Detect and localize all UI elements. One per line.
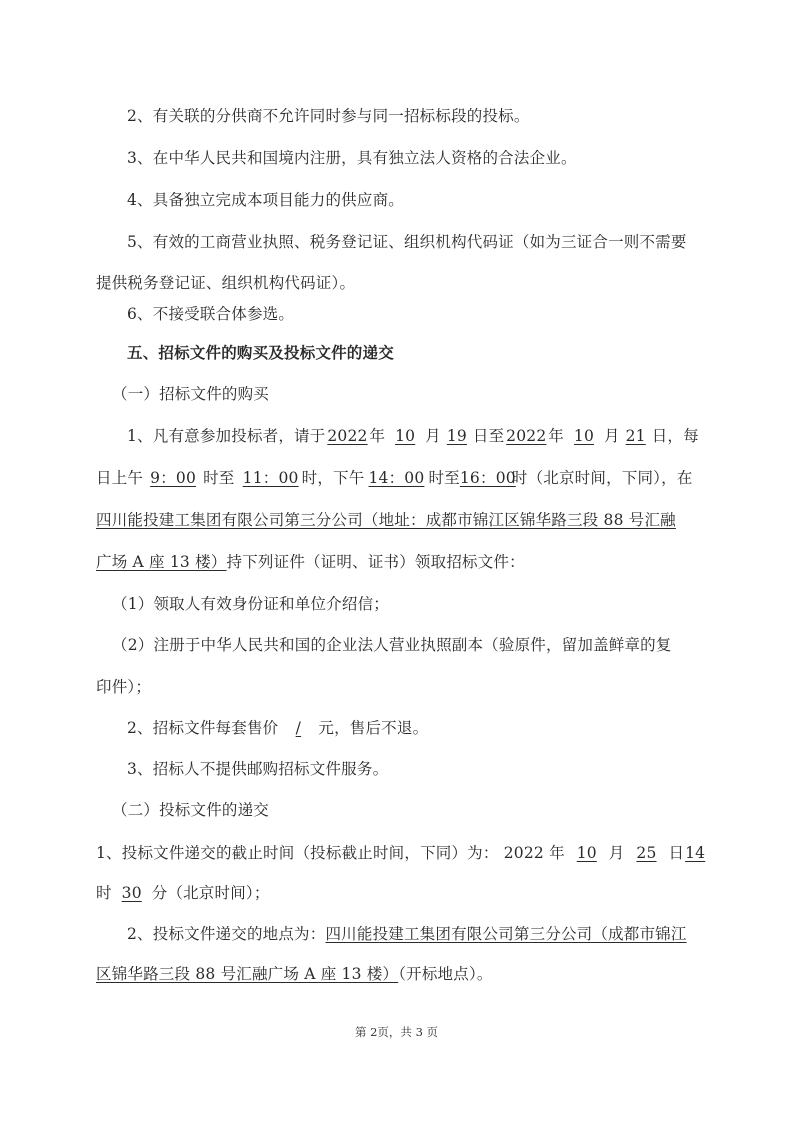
start-day: 19: [441, 426, 473, 446]
text: 时: [96, 884, 112, 902]
text: 月: [604, 427, 620, 445]
purchase-location-line1: 四川能投建工集团有限公司第三分公司（地址：成都市锦江区锦华路三段 88 号汇融: [96, 510, 696, 530]
price-blank: /: [278, 718, 318, 738]
subsection-submission-title: （二）投标文件的递交: [112, 800, 712, 820]
document-page: 2、有关联的分供商不允许同时参与同一招标标段的投标。 3、在中华人民共和国境内注…: [0, 0, 793, 1123]
purchase-item-1-line1: 1、凡有意参加投标者，请于2022年10月19日至2022年10月21日，每: [127, 426, 696, 446]
submission-place-line2: 区锦华路三段 88 号汇融广场 A 座 13 楼）（开标地点）。: [96, 964, 696, 984]
text: 持下列证件（证明、证书）领取招标文件：: [227, 553, 525, 571]
text: 分（北京时间）；: [152, 884, 270, 902]
qualification-2: 2、有关联的分供商不允许同时参与同一招标标段的投标。: [127, 106, 696, 126]
text: 月: [425, 427, 441, 445]
deadline-minute: 30: [112, 883, 152, 903]
purchase-location: 四川能投建工集团有限公司第三分公司（地址：成都市锦江区锦华路三段 88 号汇融: [96, 511, 676, 529]
text: 时，下午: [302, 469, 365, 487]
end-month: 10: [564, 426, 604, 446]
text: 元，售后不退。: [318, 719, 428, 737]
text: 月: [609, 844, 625, 862]
text: 时（北京时间，下同），在: [512, 469, 693, 487]
purchase-location-line2: 广场 A 座 13 楼）持下列证件（证明、证书）领取招标文件：: [96, 552, 696, 572]
submission-location-cont: 区锦华路三段 88 号汇融广场 A 座 13 楼）: [96, 965, 398, 983]
am-end-time: 11：00: [240, 468, 302, 488]
am-start-time: 9：00: [143, 468, 203, 488]
pm-end-time: 16：00: [460, 468, 512, 488]
required-doc-2-cont: 印件）；: [96, 677, 696, 697]
purchase-item-3: 3、招标人不提供邮购招标文件服务。: [127, 759, 696, 779]
start-year: 2022: [325, 426, 369, 446]
pm-start-time: 14：00: [364, 468, 428, 488]
required-doc-1: （1）领取人有效身份证和单位介绍信；: [112, 594, 712, 614]
page-number-footer: 第 2页，共 3 页: [0, 1024, 793, 1040]
deadline-day: 25: [624, 843, 668, 863]
purchase-item-1-line2: 日上午9：00时至 11：00时，下午14：00时至16：00时（北京时间，下同…: [96, 468, 696, 488]
text: （开标地点）。: [398, 965, 492, 983]
qualification-4: 4、具备独立完成本项目能力的供应商。: [127, 190, 696, 210]
qualification-3: 3、在中华人民共和国境内注册，具有独立法人资格的合法企业。: [127, 148, 696, 168]
start-month: 10: [385, 426, 425, 446]
section-heading: 五、招标文件的购买及投标文件的递交: [127, 343, 696, 363]
text: 时至: [203, 469, 234, 487]
qualification-5-cont: 提供税务登记证、组织机构代码证）。: [96, 273, 696, 293]
deadline-hour: 14: [684, 843, 706, 863]
text: 日上午: [96, 469, 143, 487]
subsection-purchase-title: （一）招标文件的购买: [112, 384, 712, 404]
text: 年: [548, 427, 564, 445]
purchase-location-cont: 广场 A 座 13 楼）: [96, 553, 227, 571]
submission-place-line1: 2、投标文件递交的地点为：四川能投建工集团有限公司第三分公司（成都市锦江: [127, 924, 696, 944]
submission-deadline-line1: 1、投标文件递交的截止时间（投标截止时间，下同）为： 2022 年10月25日1…: [96, 843, 696, 863]
end-day: 21: [620, 426, 652, 446]
submission-location: 四川能投建工集团有限公司第三分公司（成都市锦江: [325, 925, 686, 943]
text: 1、凡有意参加投标者，请于: [127, 427, 325, 445]
end-year: 2022: [504, 426, 548, 446]
text: 年: [369, 427, 385, 445]
qualification-6: 6、不接受联合体参选。: [127, 304, 696, 324]
text: 时至: [428, 469, 459, 487]
text: 日至: [473, 427, 504, 445]
purchase-item-2: 2、招标文件每套售价/元，售后不退。: [127, 718, 696, 738]
text: 2、投标文件递交的地点为：: [127, 925, 325, 943]
required-doc-2: （2）注册于中华人民共和国的企业法人营业执照副本（验原件，留加盖鲜章的复: [112, 635, 712, 655]
deadline-month: 10: [565, 843, 609, 863]
submission-deadline-line2: 时30分（北京时间）；: [96, 883, 696, 903]
text: 2、招标文件每套售价: [127, 719, 278, 737]
text: 日: [668, 844, 684, 862]
qualification-5: 5、有效的工商营业执照、税务登记证、组织机构代码证（如为三证合一则不需要: [127, 232, 696, 252]
text: 1、投标文件递交的截止时间（投标截止时间，下同）为： 2022 年: [96, 844, 565, 862]
text: 日，每: [652, 427, 699, 445]
